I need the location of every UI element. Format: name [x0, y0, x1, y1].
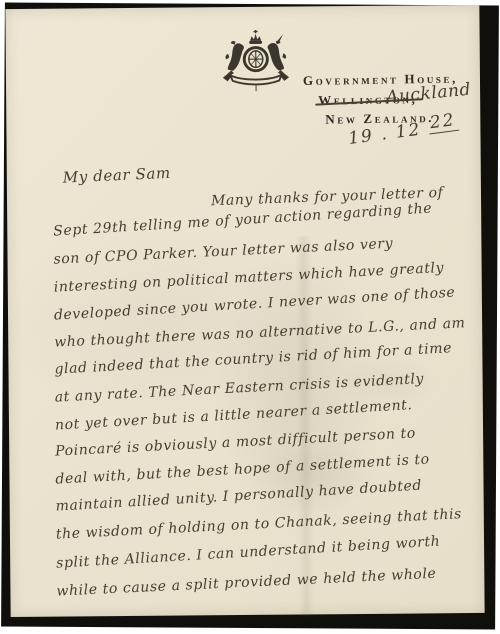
- salutation: My dear Sam: [62, 164, 171, 187]
- scanned-letter-page: Government House, Wellington, Auckland N…: [0, 0, 500, 634]
- motto-ribbon-icon: [224, 74, 288, 92]
- unicorn-icon: [268, 34, 287, 75]
- letter-line: son of CPO Parker. Your letter was also …: [53, 236, 393, 268]
- crown-icon: [249, 30, 262, 44]
- letter-line: while to cause a split provided we held …: [56, 566, 437, 600]
- lion-icon: [225, 41, 244, 76]
- royal-coat-of-arms-icon: [210, 28, 303, 95]
- letter-paper: Government House, Wellington, Auckland N…: [5, 5, 484, 617]
- date-year: 22: [427, 110, 459, 135]
- shield-icon: [244, 47, 267, 70]
